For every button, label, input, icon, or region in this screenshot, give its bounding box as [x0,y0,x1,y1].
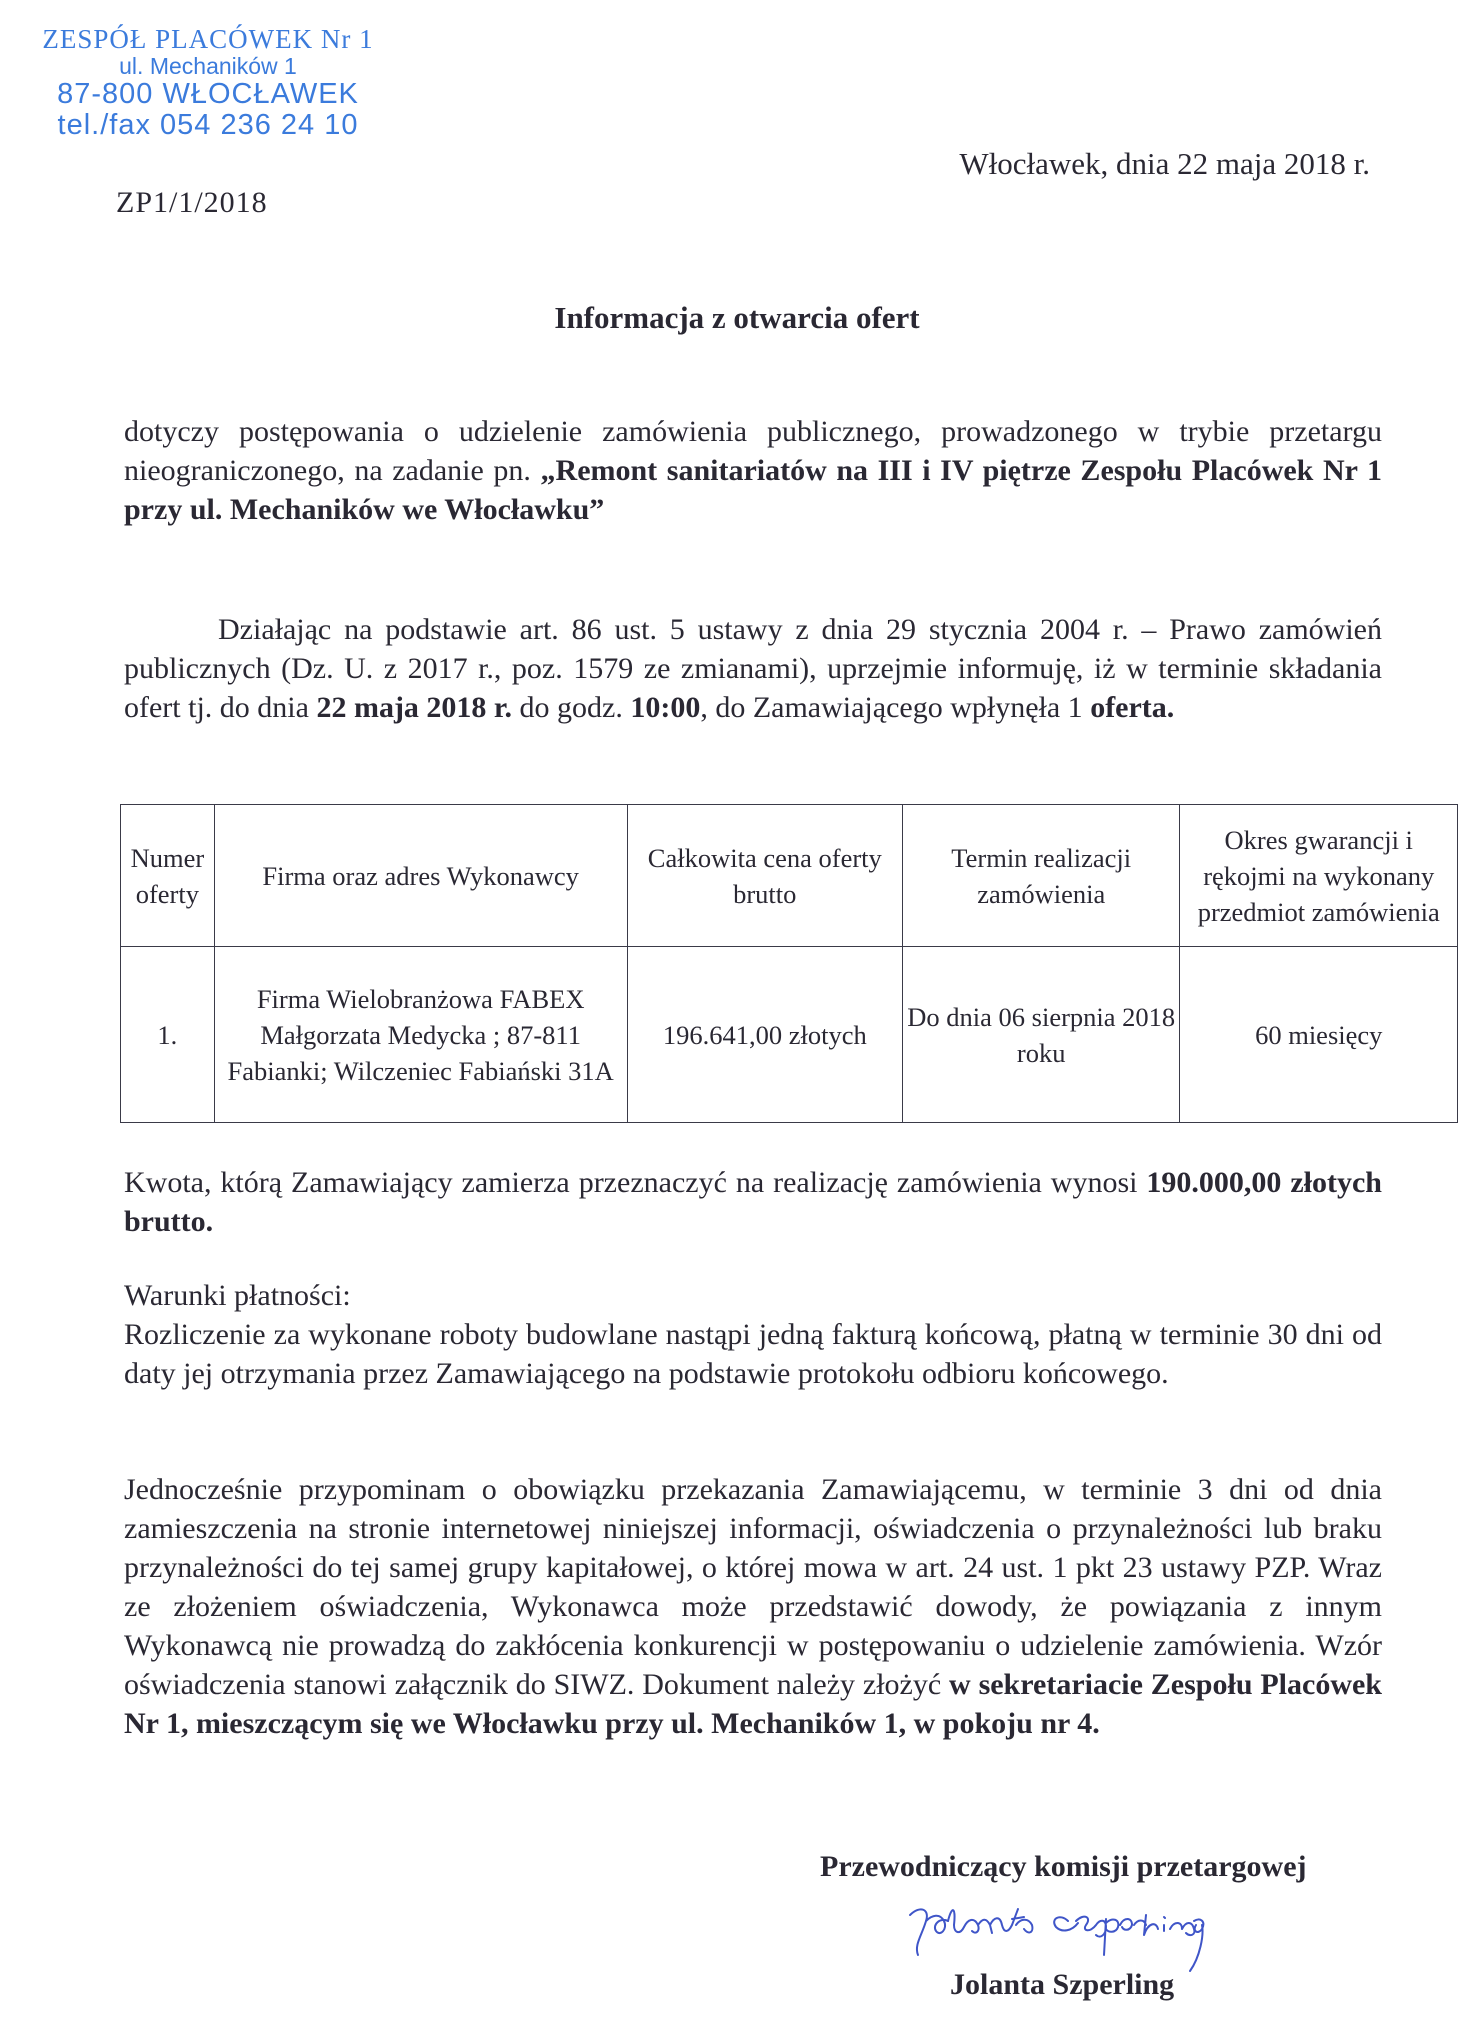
institution-stamp: ZESPÓŁ PLACÓWEK Nr 1 ul. Mechaników 1 87… [28,24,388,141]
reference-number: ZP1/1/2018 [116,186,268,220]
column-header-price: Całkowita cena oferty brutto [627,805,902,947]
signatory-role: Przewodniczący komisji przetargowej [820,1850,1307,1884]
legal-basis-paragraph: Działając na podstawie art. 86 ust. 5 us… [124,610,1382,727]
column-header-contractor: Firma oraz adres Wykonawcy [214,805,627,947]
place-and-date: Włocławek, dnia 22 maja 2018 r. [959,146,1370,182]
table-row: 1. Firma Wielobranżowa FABEX Małgorzata … [121,947,1458,1123]
stamp-street: ul. Mechaników 1 [28,54,388,79]
signatory-name: Jolanta Szperling [950,1968,1174,2002]
document-title: Informacja z otwarcia ofert [0,300,1474,336]
reminder-text: Jednocześnie przypominam o obowiązku prz… [124,1473,1382,1701]
table-header-row: Numer oferty Firma oraz adres Wykonawcy … [121,805,1458,947]
stamp-phone: tel./fax 054 236 24 10 [28,110,388,141]
offer-warranty: 60 miesięcy [1180,947,1458,1123]
legal-text-2: do godz. [512,691,630,724]
reminder-paragraph: Jednocześnie przypominam o obowiązku prz… [124,1470,1382,1743]
payment-terms: Warunki płatności: Rozliczenie za wykona… [124,1276,1382,1393]
payment-heading: Warunki płatności: [124,1276,1382,1315]
offer-price: 196.641,00 złotych [627,947,902,1123]
stamp-city: 87-800 WŁOCŁAWEK [28,79,388,110]
column-header-warranty: Okres gwarancji i rękojmi na wykonany pr… [1180,805,1458,947]
offers-table: Numer oferty Firma oraz adres Wykonawcy … [120,804,1458,1123]
budget-paragraph: Kwota, którą Zamawiający zamierza przezn… [124,1163,1382,1241]
column-header-deadline: Termin realizacji zamówienia [902,805,1180,947]
budget-text: Kwota, którą Zamawiający zamierza przezn… [124,1166,1146,1199]
payment-text: Rozliczenie za wykonane roboty budowlane… [124,1315,1382,1393]
deadline-date: 22 maja 2018 r. [316,691,512,724]
column-header-number: Numer oferty [121,805,215,947]
offer-deadline: Do dnia 06 sierpnia 2018 roku [902,947,1180,1123]
offer-word: oferta. [1090,691,1174,724]
intro-paragraph: dotyczy postępowania o udzielenie zamówi… [124,412,1382,529]
stamp-institution-name: ZESPÓŁ PLACÓWEK Nr 1 [28,24,388,54]
offer-number: 1. [121,947,215,1123]
legal-text-3: , do Zamawiającego wpłynęła 1 [700,691,1090,724]
offer-contractor: Firma Wielobranżowa FABEX Małgorzata Med… [214,947,627,1123]
deadline-time: 10:00 [630,691,700,724]
